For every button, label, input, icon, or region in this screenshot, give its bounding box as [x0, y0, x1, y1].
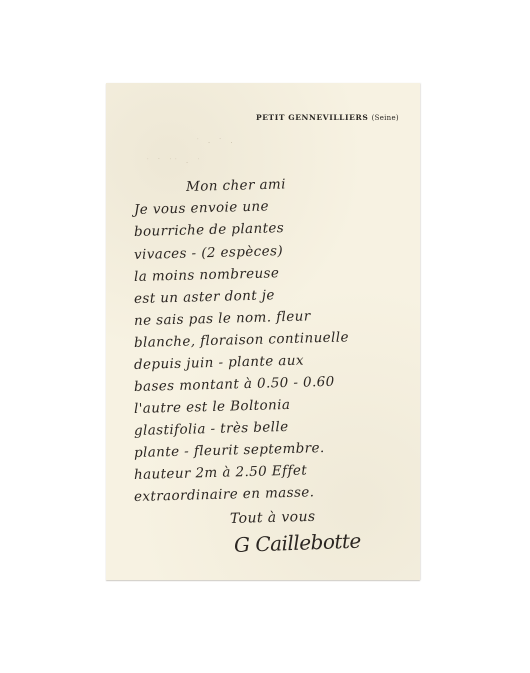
body-line: ne sais pas le nom. fleur — [134, 308, 311, 329]
body-line: bourriche de plantes — [134, 220, 285, 240]
body-line: extraordinaire en masse. — [134, 484, 315, 505]
salutation: Mon cher ami — [186, 176, 286, 195]
body-line: plante - fleurit septembre. — [134, 440, 325, 461]
body-line: hauteur 2m à 2.50 Effet — [134, 462, 307, 483]
body-line: la moins nombreuse — [134, 265, 280, 285]
body-line: glastifolia - très belle — [134, 419, 289, 439]
letterhead-department: (Seine) — [372, 114, 399, 122]
body-line: vivaces - (2 espèces) — [134, 243, 283, 263]
paper-foxing: ˙ . ` . — [196, 138, 235, 145]
paper-foxing: ˙ ` ˙˙ . ˙ — [146, 158, 202, 165]
letterhead: PETIT GENNEVILLIERS (Seine) — [256, 113, 399, 122]
body-line: est un aster dont je — [134, 287, 275, 307]
body-line: blanche, floraison continuelle — [134, 329, 349, 351]
body-line: Je vous envoie une — [134, 198, 269, 218]
body-line: bases montant à 0.50 - 0.60 — [134, 374, 335, 395]
letterhead-place: PETIT GENNEVILLIERS — [256, 113, 368, 122]
body-line: depuis juin - plante aux — [134, 353, 304, 373]
letter-sheet: PETIT GENNEVILLIERS (Seine) ˙ . ` . ˙ ` … — [106, 83, 420, 580]
closing: Tout à vous — [230, 509, 316, 527]
body-line: l'autre est le Boltonia — [134, 397, 291, 417]
signature: G Caillebotte — [234, 529, 362, 557]
